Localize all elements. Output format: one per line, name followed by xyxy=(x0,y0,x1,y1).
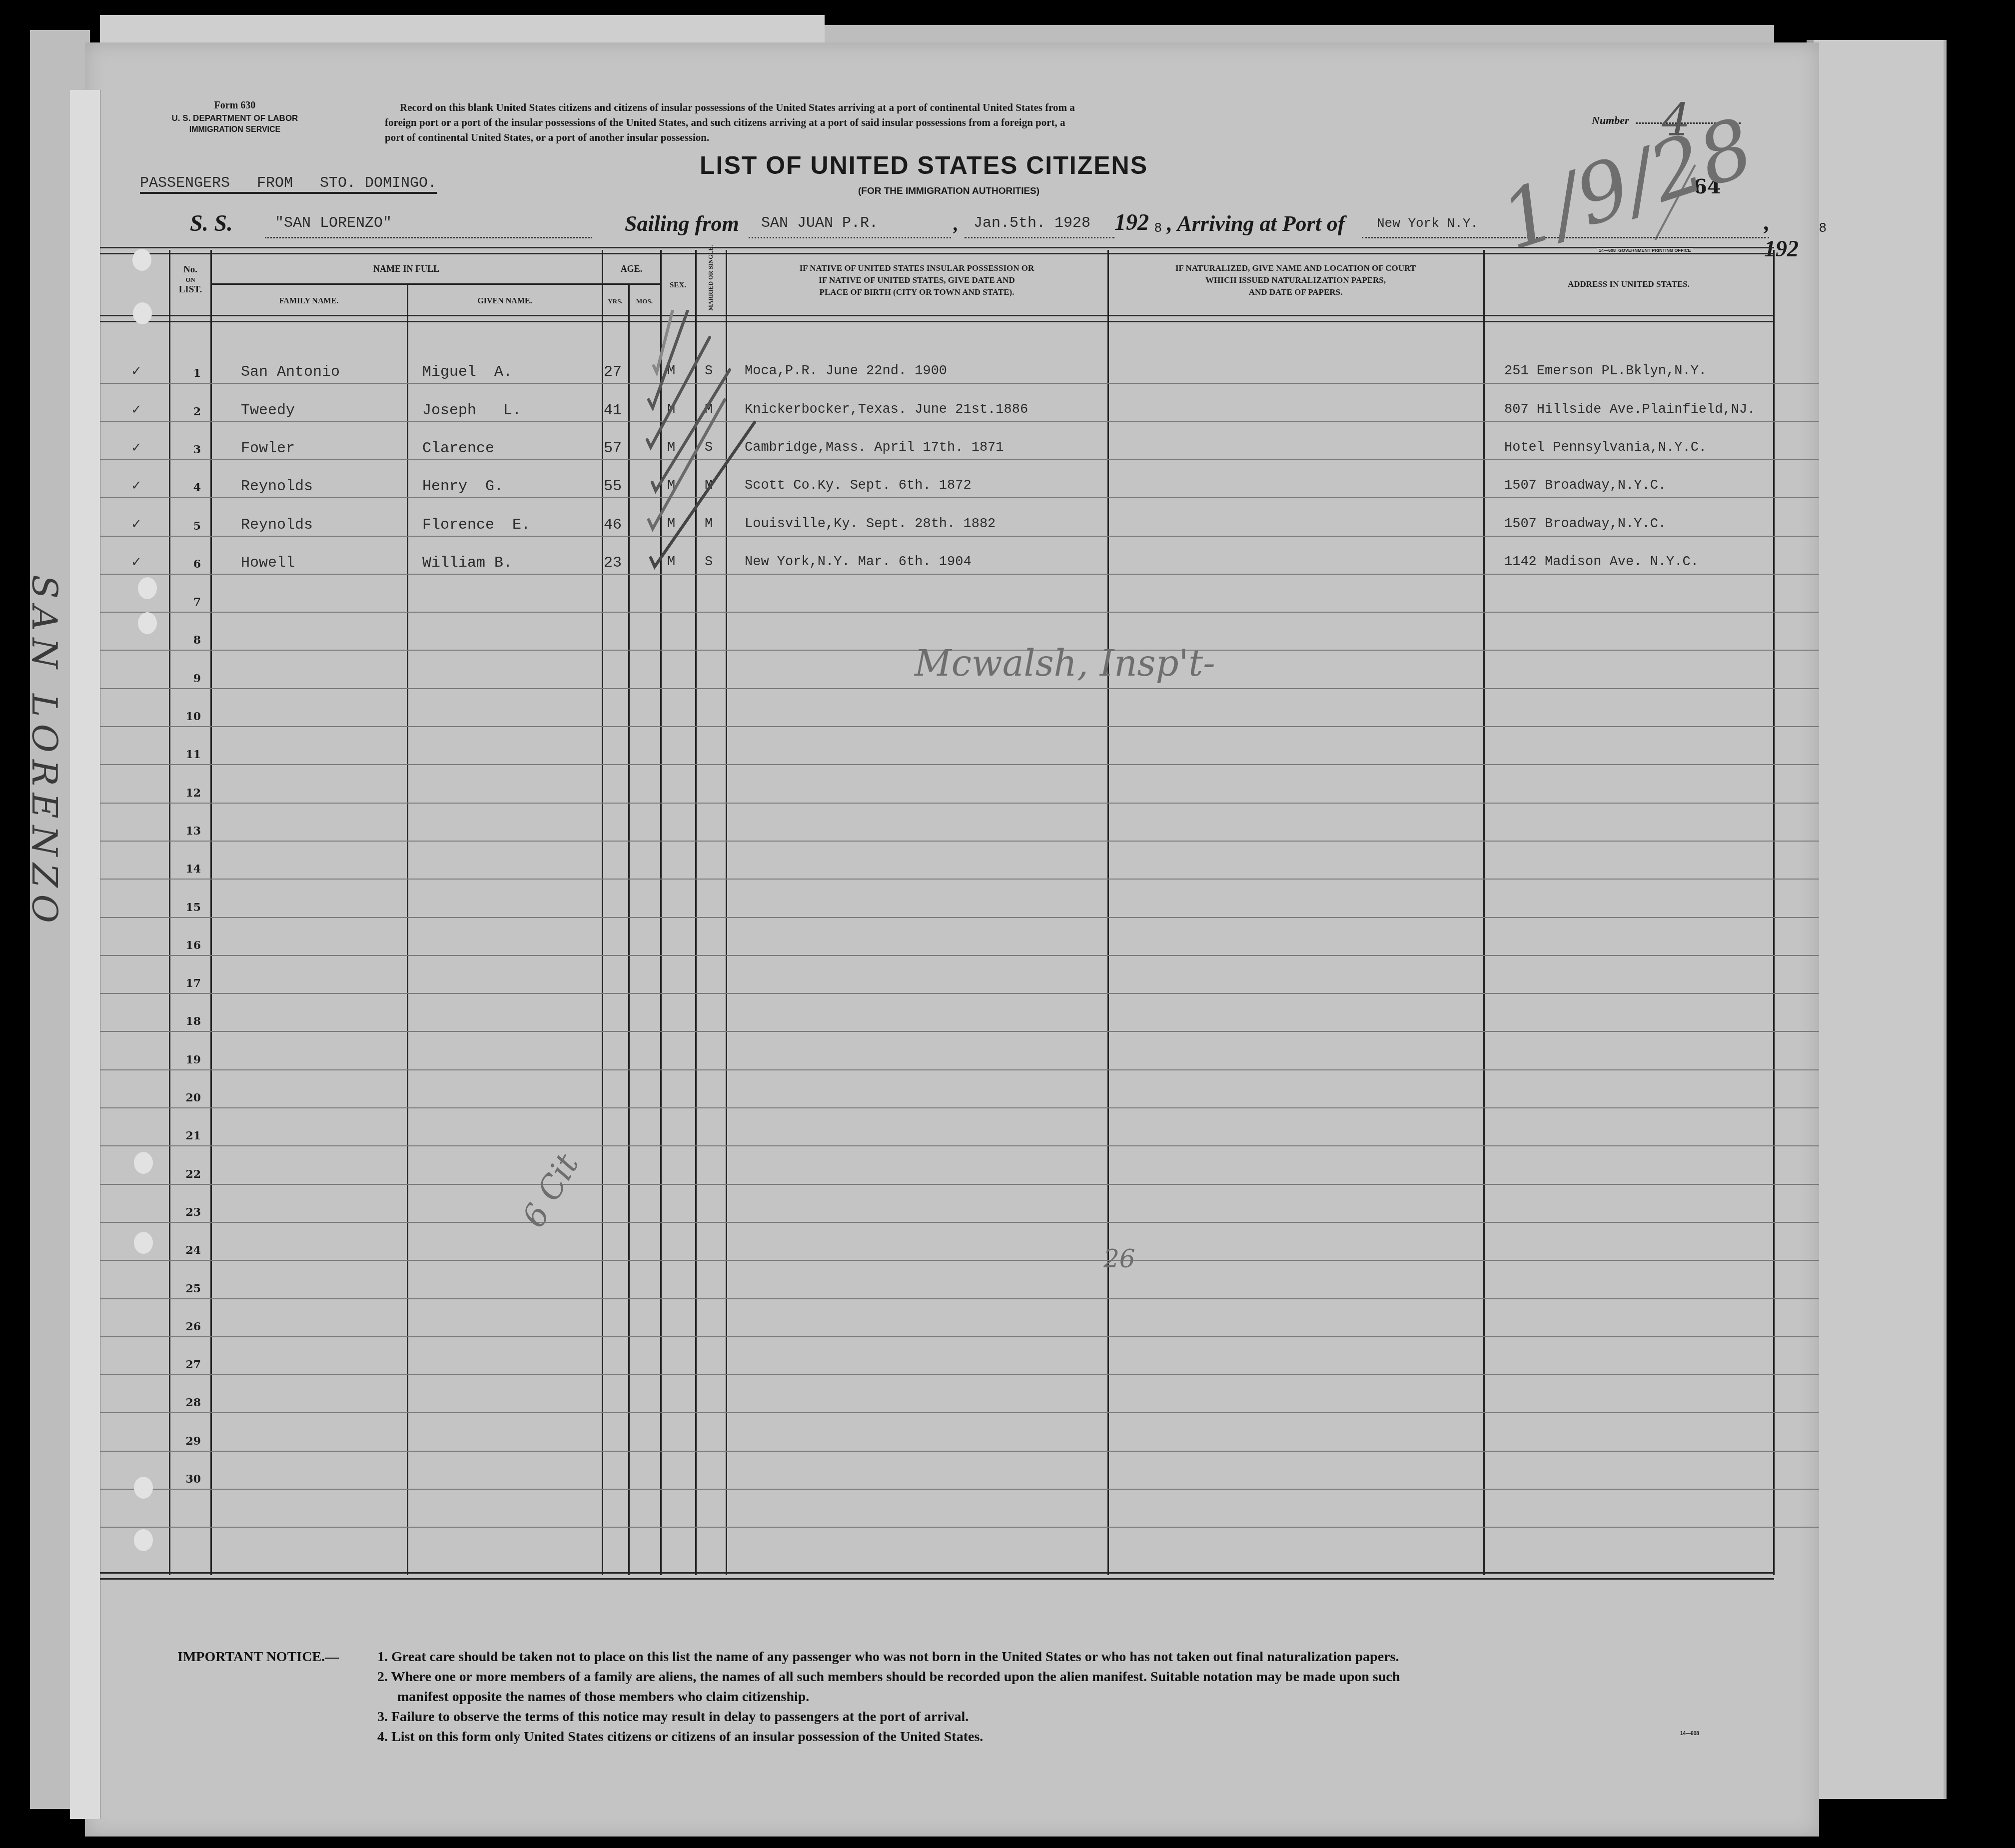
row-rule xyxy=(100,688,1819,689)
row-number: 30 xyxy=(171,1473,201,1486)
row-rule xyxy=(100,536,1819,537)
header-name-in-full: NAME IN FULL xyxy=(211,262,602,275)
family-name-cell: Fowler xyxy=(241,440,295,457)
row-number: 3 xyxy=(171,443,201,456)
row-rule xyxy=(100,803,1819,804)
col-line-birth-naturalized xyxy=(1107,250,1109,1575)
notice-item-2: 2. Where one or more members of a family… xyxy=(177,1667,1802,1687)
ship-name: "SAN LORENZO" xyxy=(275,215,392,232)
notice-item-2-cont: manifest opposite the names of those mem… xyxy=(177,1687,1802,1707)
row-rule xyxy=(100,1184,1819,1185)
col-line-given-yrs xyxy=(602,250,603,1575)
row-number: 11 xyxy=(171,748,201,761)
printer-office: GOVERNMENT PRINTING OFFICE xyxy=(1618,248,1691,253)
number-label: Number xyxy=(1592,114,1629,126)
age-years-cell: 41 xyxy=(604,402,622,419)
ss-label: S. S. xyxy=(190,210,233,236)
birth-cell: Cambridge,Mass. April 17th. 1871 xyxy=(745,440,1004,455)
page-title: LIST OF UNITED STATES CITIZENS xyxy=(700,151,1148,180)
header-birth-line-2: IF NATIVE OF UNITED STATES, GIVE DATE AN… xyxy=(726,274,1107,286)
family-name-cell: Reynolds xyxy=(241,517,313,534)
margin-tick-icon: ✓ xyxy=(131,402,142,417)
row-number: 1 xyxy=(171,367,201,380)
sailing-date-field: Jan.5th. 1928 xyxy=(965,215,1114,238)
header-age: AGE. xyxy=(602,262,661,275)
header-bottom-rule xyxy=(100,315,1774,322)
row-number: 2 xyxy=(171,405,201,418)
margin-tick-icon: ✓ xyxy=(131,517,142,532)
punch-hole xyxy=(138,577,157,599)
col-line-family-given xyxy=(407,284,408,1575)
notice-line-1: IMPORTANT NOTICE.— 1. Great care should … xyxy=(177,1647,1802,1667)
col-line-no-right xyxy=(210,250,212,1575)
punch-hole xyxy=(134,1529,153,1551)
row-rule xyxy=(100,1527,1819,1528)
address-cell: 1507 Broadway,N.Y.C. xyxy=(1504,517,1666,532)
punch-hole xyxy=(134,1477,153,1499)
sailing-date: Jan.5th. 1928 xyxy=(974,215,1090,232)
row-rule xyxy=(100,1451,1819,1452)
row-rule xyxy=(100,1489,1819,1490)
row-rule xyxy=(100,1336,1819,1337)
printer-mark: 14—608 GOVERNMENT PRINTING OFFICE xyxy=(1597,248,1693,253)
arriving-port-value: New York N.Y. xyxy=(1377,216,1478,231)
notice-item-1: 1. Great care should be taken not to pla… xyxy=(377,1647,1399,1667)
year-suffix-2: 8 xyxy=(1819,220,1826,235)
age-years-cell: 57 xyxy=(604,440,622,457)
row-number: 4 xyxy=(171,481,201,494)
header-naturalized-line-1: IF NATURALIZED, GIVE NAME AND LOCATION O… xyxy=(1108,262,1483,274)
arriving-label: , Arriving at Port of xyxy=(1167,211,1345,236)
year-prefix-1: 192 xyxy=(1114,209,1149,235)
row-number: 18 xyxy=(171,1015,201,1028)
row-rule xyxy=(100,1222,1819,1223)
header-given-name: GIVEN NAME. xyxy=(407,295,602,308)
punch-hole xyxy=(138,612,157,634)
age-years-cell: 46 xyxy=(604,517,622,534)
row-number: 16 xyxy=(171,939,201,952)
header-naturalized-line-3: AND DATE OF PAPERS. xyxy=(1108,286,1483,298)
binding-strip xyxy=(70,90,101,1819)
age-years-cell: 23 xyxy=(604,555,622,572)
row-number: 6 xyxy=(171,558,201,571)
given-name-cell: Florence E. xyxy=(422,517,530,534)
arriving-label-text: Arriving at Port of xyxy=(1177,211,1345,236)
row-rule xyxy=(100,421,1819,422)
row-number: 28 xyxy=(171,1396,201,1409)
ship-name-field: "SAN LORENZO" xyxy=(265,215,592,238)
row-number: 20 xyxy=(171,1091,201,1104)
table-top-rule xyxy=(100,247,1774,254)
punch-hole xyxy=(134,1152,153,1174)
margin-tick-icon: ✓ xyxy=(131,364,142,379)
col-line-no-left xyxy=(169,250,170,1575)
header-sex: SEX. xyxy=(661,279,695,292)
row-rule xyxy=(100,574,1819,575)
given-name-cell: Joseph L. xyxy=(422,402,521,419)
row-rule xyxy=(100,612,1819,613)
comma: , xyxy=(954,212,959,235)
row-number: 17 xyxy=(171,977,201,990)
age-years-cell: 27 xyxy=(604,364,622,381)
row-number: 22 xyxy=(171,1168,201,1181)
header-married-single: MARRIED OR SINGLE. xyxy=(707,243,715,313)
header-birth-line-1: IF NATIVE OF UNITED STATES INSULAR POSSE… xyxy=(726,262,1107,274)
family-name-cell: Howell xyxy=(241,555,295,572)
punch-hole xyxy=(134,1232,153,1254)
age-years-cell: 55 xyxy=(604,478,622,495)
sailing-from-value: SAN JUAN P.R. xyxy=(761,215,878,232)
row-number: 25 xyxy=(171,1282,201,1295)
margin-tick-icon: ✓ xyxy=(131,478,142,493)
birth-cell: New York,N.Y. Mar. 6th. 1904 xyxy=(745,555,972,570)
header-mos: MOS. xyxy=(629,295,660,308)
row-rule xyxy=(100,497,1819,498)
given-name-cell: William B. xyxy=(422,555,512,572)
check-marks-icon xyxy=(625,310,775,570)
sailing-from-field: SAN JUAN P.R. xyxy=(749,215,951,238)
given-name-cell: Henry G. xyxy=(422,478,503,495)
page-subtitle: (FOR THE IMMIGRATION AUTHORITIES) xyxy=(858,186,1039,197)
instruction-line-1: Record on this blank United States citiz… xyxy=(235,100,1524,115)
given-name-cell: Miguel A. xyxy=(422,364,512,381)
row-number: 26 xyxy=(171,1320,201,1333)
notice-item-3: 3. Failure to observe the terms of this … xyxy=(177,1707,1802,1727)
header-no: No. xyxy=(170,265,211,275)
margin-tick-icon: ✓ xyxy=(131,440,142,455)
row-number: 21 xyxy=(171,1129,201,1142)
header-list: LIST. xyxy=(170,285,211,295)
printer-mark-code: 14—608 xyxy=(1599,248,1616,253)
adjacent-page xyxy=(1807,40,1947,1799)
birth-cell: Louisville,Ky. Sept. 28th. 1882 xyxy=(745,517,996,532)
header-yrs: YRS. xyxy=(602,295,628,308)
header-birth-line-3: PLACE OF BIRTH (CITY OR TOWN AND STATE). xyxy=(726,286,1107,298)
row-rule xyxy=(100,841,1819,842)
row-number: 13 xyxy=(171,825,201,838)
top-page-edge-right xyxy=(825,25,1774,45)
notice-form-code: 14—608 xyxy=(1680,1731,1699,1737)
address-cell: 1507 Broadway,N.Y.C. xyxy=(1504,478,1666,493)
header-naturalized: IF NATURALIZED, GIVE NAME AND LOCATION O… xyxy=(1108,262,1483,298)
birth-cell: Moca,P.R. June 22nd. 1900 xyxy=(745,364,947,379)
passengers-from: PASSENGERS FROM STO. DOMINGO. xyxy=(140,175,437,194)
row-rule xyxy=(100,1412,1819,1413)
row-number: 15 xyxy=(171,901,201,914)
name-subheader-rule xyxy=(211,283,661,285)
row-number: 23 xyxy=(171,1206,201,1219)
punch-hole xyxy=(132,249,151,271)
address-cell: 251 Emerson PL.Bklyn,N.Y. xyxy=(1504,364,1707,379)
row-rule xyxy=(100,1145,1819,1146)
margin-ship-name: SAN LORENZO xyxy=(24,575,65,930)
row-rule xyxy=(100,1260,1819,1261)
row-rule xyxy=(100,764,1819,765)
row-rule xyxy=(100,1298,1819,1299)
birth-cell: Scott Co.Ky. Sept. 6th. 1872 xyxy=(745,478,972,493)
address-cell: 807 Hillside Ave.Plainfield,NJ. xyxy=(1504,402,1755,417)
row-rule xyxy=(100,1031,1819,1032)
col-line-naturalized-address xyxy=(1483,250,1485,1575)
header-address: ADDRESS IN UNITED STATES. xyxy=(1484,278,1774,291)
row-number: 29 xyxy=(171,1435,201,1448)
row-number: 12 xyxy=(171,787,201,800)
header-family-name: FAMILY NAME. xyxy=(211,295,407,308)
important-notice: IMPORTANT NOTICE.— 1. Great care should … xyxy=(177,1647,1802,1747)
row-rule xyxy=(100,1374,1819,1375)
table-bottom-rule xyxy=(100,1572,1774,1580)
row-rule xyxy=(100,879,1819,880)
manifest-page xyxy=(85,42,1819,1837)
row-rule xyxy=(100,726,1819,727)
address-cell: Hotel Pennsylvania,N.Y.C. xyxy=(1504,440,1707,455)
header-on: ON xyxy=(170,275,211,285)
row-number: 14 xyxy=(171,863,201,876)
row-rule xyxy=(100,383,1819,384)
row-number: 24 xyxy=(171,1244,201,1257)
row-number: 5 xyxy=(171,520,201,533)
birth-cell: Knickerbocker,Texas. June 21st.1886 xyxy=(745,402,1028,417)
instruction-line-3: port of continental United States, or a … xyxy=(235,130,1524,145)
top-page-edge xyxy=(100,15,825,45)
voyage-line: S. S. "SAN LORENZO" Sailing from SAN JUA… xyxy=(190,210,1799,245)
instruction-line-2: foreign port or a port of the insular po… xyxy=(235,115,1524,130)
row-number: 9 xyxy=(171,672,201,685)
given-name-cell: Clarence xyxy=(422,440,494,457)
row-number: 8 xyxy=(171,634,201,647)
row-number: 27 xyxy=(171,1358,201,1371)
year-suffix-1: 8 xyxy=(1154,220,1161,235)
row-rule xyxy=(100,917,1819,918)
margin-ship-name-text: SAN LORENZO xyxy=(24,575,65,930)
col-line-address-right xyxy=(1773,250,1775,1575)
notice-heading: IMPORTANT NOTICE.— xyxy=(177,1647,377,1667)
row-rule xyxy=(100,1069,1819,1070)
sailing-from-label: Sailing from xyxy=(625,211,739,236)
family-name-cell: Reynolds xyxy=(241,478,313,495)
header-birth: IF NATIVE OF UNITED STATES INSULAR POSSE… xyxy=(726,262,1107,298)
inspector-signature: Mcwalsh, Insp't- xyxy=(915,642,1215,684)
row-number: 7 xyxy=(171,596,201,609)
family-name-cell: Tweedy xyxy=(241,402,295,419)
family-name-cell: San Antonio xyxy=(241,364,340,381)
margin-tick-icon: ✓ xyxy=(131,555,142,570)
tally-note: 26 xyxy=(1103,1244,1135,1273)
address-cell: 1142 Madison Ave. N.Y.C. xyxy=(1504,555,1699,570)
row-rule xyxy=(100,459,1819,460)
form-instructions: Record on this blank United States citiz… xyxy=(235,100,1524,145)
row-number: 19 xyxy=(171,1053,201,1066)
header-naturalized-line-2: WHICH ISSUED NATURALIZATION PAPERS, xyxy=(1108,274,1483,286)
row-rule xyxy=(100,993,1819,994)
row-rule xyxy=(100,1107,1819,1108)
row-rule xyxy=(100,955,1819,956)
header-no-on-list: No. ON LIST. xyxy=(170,265,211,295)
row-number: 10 xyxy=(171,710,201,723)
notice-item-4: 4. List on this form only United States … xyxy=(177,1727,1802,1747)
punch-hole xyxy=(133,302,152,324)
